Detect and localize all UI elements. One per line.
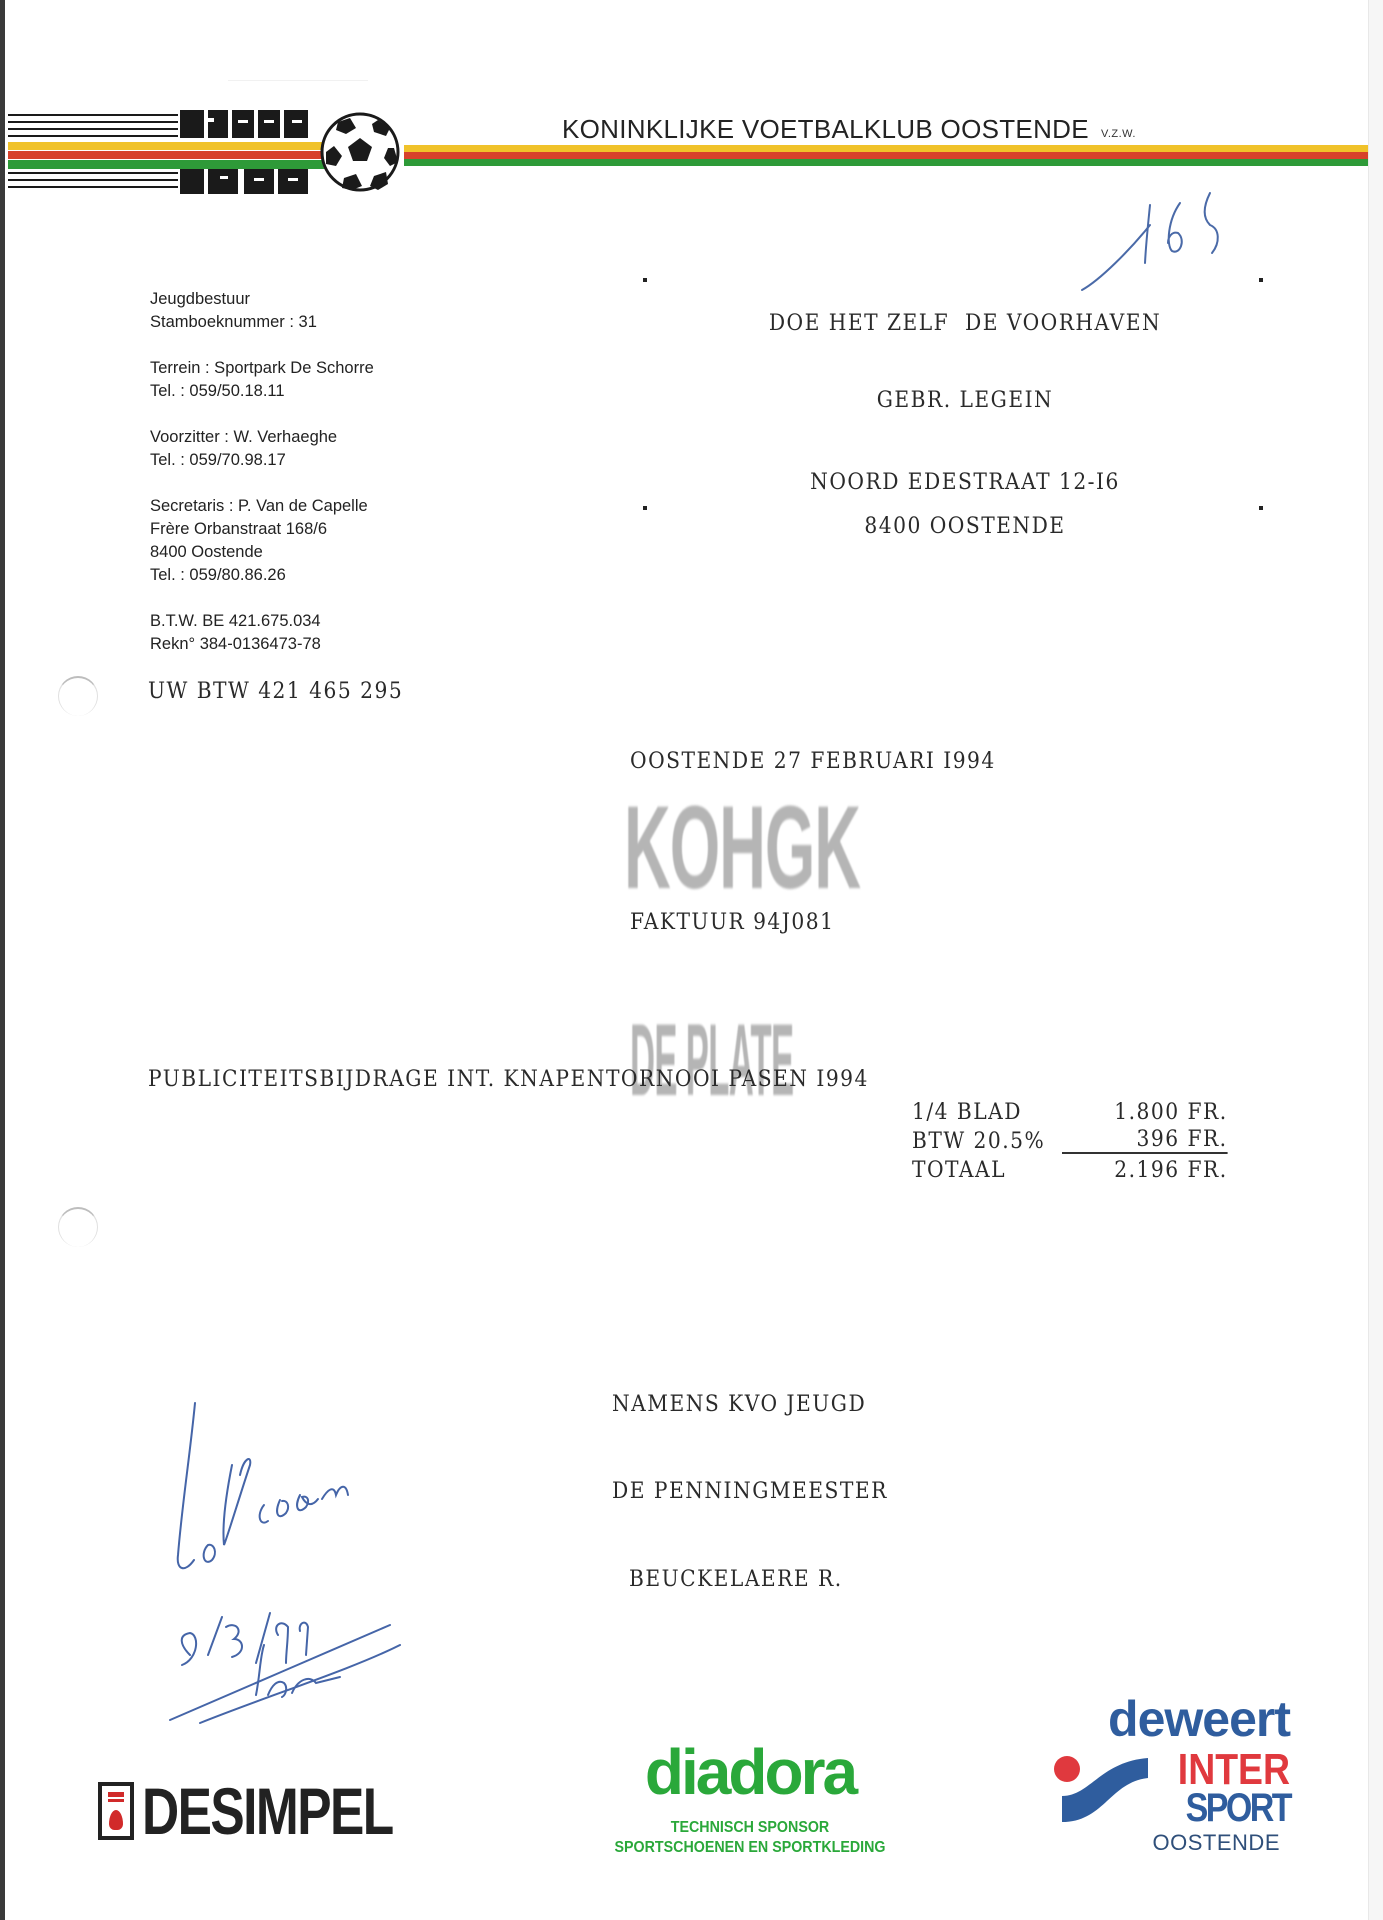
amount-label: BTW 20.5%: [912, 1129, 1050, 1154]
info-line: B.T.W. BE 421.675.034: [150, 610, 374, 633]
fold-mark: [643, 506, 647, 510]
invoice-number: FAKTUUR 94J081: [630, 910, 834, 935]
info-line: Terrein : Sportpark De Schorre: [150, 357, 374, 380]
signature-line-3: BEUCKELAERE R.: [629, 1567, 843, 1592]
stripe-green: [404, 159, 1368, 166]
paid-signature-icon: [160, 1395, 470, 1735]
amount-value: 396 FR.: [1062, 1127, 1228, 1154]
info-line: Tel. : 059/70.98.17: [150, 449, 374, 472]
page-left-edge: [0, 0, 5, 1920]
diadora-tagline-2: SPORTSCHOENEN EN SPORTKLEDING: [612, 1838, 888, 1858]
watermark-stamp-1: KOHGK: [624, 786, 860, 911]
diadora-tagline-1: TECHNISCH SPONSOR: [612, 1818, 888, 1838]
club-name: KONINKLIJKE VOETBALKLUB OOSTENDE: [562, 114, 1089, 145]
sponsor-intersport: deweert INTER SPORT OOSTENDE: [1040, 1694, 1290, 1856]
kvo-logo: [8, 108, 408, 198]
info-group-chairman: Voorzitter : W. Verhaeghe Tel. : 059/70.…: [150, 426, 374, 472]
watermark-stamp-2: DE PLATE: [630, 1004, 793, 1116]
recipient-line-1: DOE HET ZELF DE VOORHAVEN: [721, 311, 1209, 336]
amount-row: BTW 20.5% 396 FR.: [912, 1125, 1242, 1154]
legal-form: V.Z.W.: [1101, 128, 1136, 140]
stripe-red: [404, 152, 1368, 159]
deweert-wordmark: deweert: [1040, 1694, 1290, 1744]
customer-vat-number: UW BTW 421 465 295: [148, 679, 403, 704]
club-info: Jeugdbestuur Stamboeknummer : 31 Terrein…: [150, 288, 374, 679]
header-stripes: [404, 145, 1368, 166]
info-line: Rekn° 384-0136473-78: [150, 633, 374, 656]
info-line: Tel. : 059/50.18.11: [150, 380, 374, 403]
signature-line-1: NAMENS KVO JEUGD: [612, 1392, 866, 1417]
intersport-city: OOSTENDE: [1040, 1830, 1290, 1856]
amounts-table: 1/4 BLAD 1.800 FR. BTW 20.5% 396 FR. TOT…: [912, 1096, 1242, 1183]
fold-mark: [1259, 506, 1263, 510]
amount-value: 2.196 FR.: [1062, 1158, 1228, 1183]
info-group-youth: Jeugdbestuur Stamboeknummer : 31: [150, 288, 374, 334]
info-group-grounds: Terrein : Sportpark De Schorre Tel. : 05…: [150, 357, 374, 403]
info-group-vat: B.T.W. BE 421.675.034 Rekn° 384-0136473-…: [150, 610, 374, 656]
info-line: Secretaris : P. Van de Capelle: [150, 495, 374, 518]
desimpel-flame-icon: [98, 1782, 134, 1840]
fold-mark: [1259, 278, 1263, 282]
faint-pencil-note: [228, 58, 368, 81]
signature-line-2: DE PENNINGMEESTER: [612, 1479, 888, 1504]
intersport-logo: INTER SPORT: [1040, 1750, 1290, 1826]
desimpel-wordmark: DESIMPEL: [142, 1778, 393, 1844]
info-line: Voorzitter : W. Verhaeghe: [150, 426, 374, 449]
info-line: 8400 Oostende: [150, 541, 374, 564]
stripe-yellow: [404, 145, 1368, 152]
sponsor-desimpel: DESIMPEL: [98, 1778, 463, 1844]
recipient-line-3: NOORD EDESTRAAT 12-I6: [721, 470, 1209, 495]
fold-mark: [643, 278, 647, 282]
invoice-date: OOSTENDE 27 FEBRUARI I994: [630, 749, 996, 774]
intersport-sport: SPORT: [1078, 1790, 1291, 1826]
recipient-line-4: 8400 OOSTENDE: [721, 514, 1209, 539]
amount-row: 1/4 BLAD 1.800 FR.: [912, 1096, 1242, 1125]
info-line: Tel. : 059/80.86.26: [150, 564, 374, 587]
recipient-line-2: GEBR. LEGEIN: [721, 388, 1209, 413]
handwritten-paid-note: [160, 1395, 470, 1735]
hole-punch-mark: [58, 1207, 98, 1247]
amount-value: 1.800 FR.: [1062, 1100, 1228, 1125]
info-line: Stamboeknummer : 31: [150, 311, 374, 334]
page-right-edge: [1368, 0, 1383, 1920]
diadora-wordmark: diadora: [600, 1740, 900, 1804]
amount-label: 1/4 BLAD: [912, 1100, 1050, 1125]
intersport-inter: INTER: [1078, 1750, 1291, 1790]
info-group-secretary: Secretaris : P. Van de Capelle Frère Orb…: [150, 495, 374, 587]
amount-row-total: TOTAAL 2.196 FR.: [912, 1154, 1242, 1183]
amount-label: TOTAAL: [912, 1158, 1050, 1183]
hole-punch-mark: [58, 676, 98, 716]
sponsor-diadora: diadora TECHNISCH SPONSOR SPORTSCHOENEN …: [600, 1740, 900, 1858]
handwritten-reference-number: [1080, 185, 1240, 295]
invoice-description: PUBLICITEITSBIJDRAGE INT. KNAPENTORNOOI …: [148, 1067, 869, 1092]
info-line: Jeugdbestuur: [150, 288, 374, 311]
info-line: Frère Orbanstraat 168/6: [150, 518, 374, 541]
